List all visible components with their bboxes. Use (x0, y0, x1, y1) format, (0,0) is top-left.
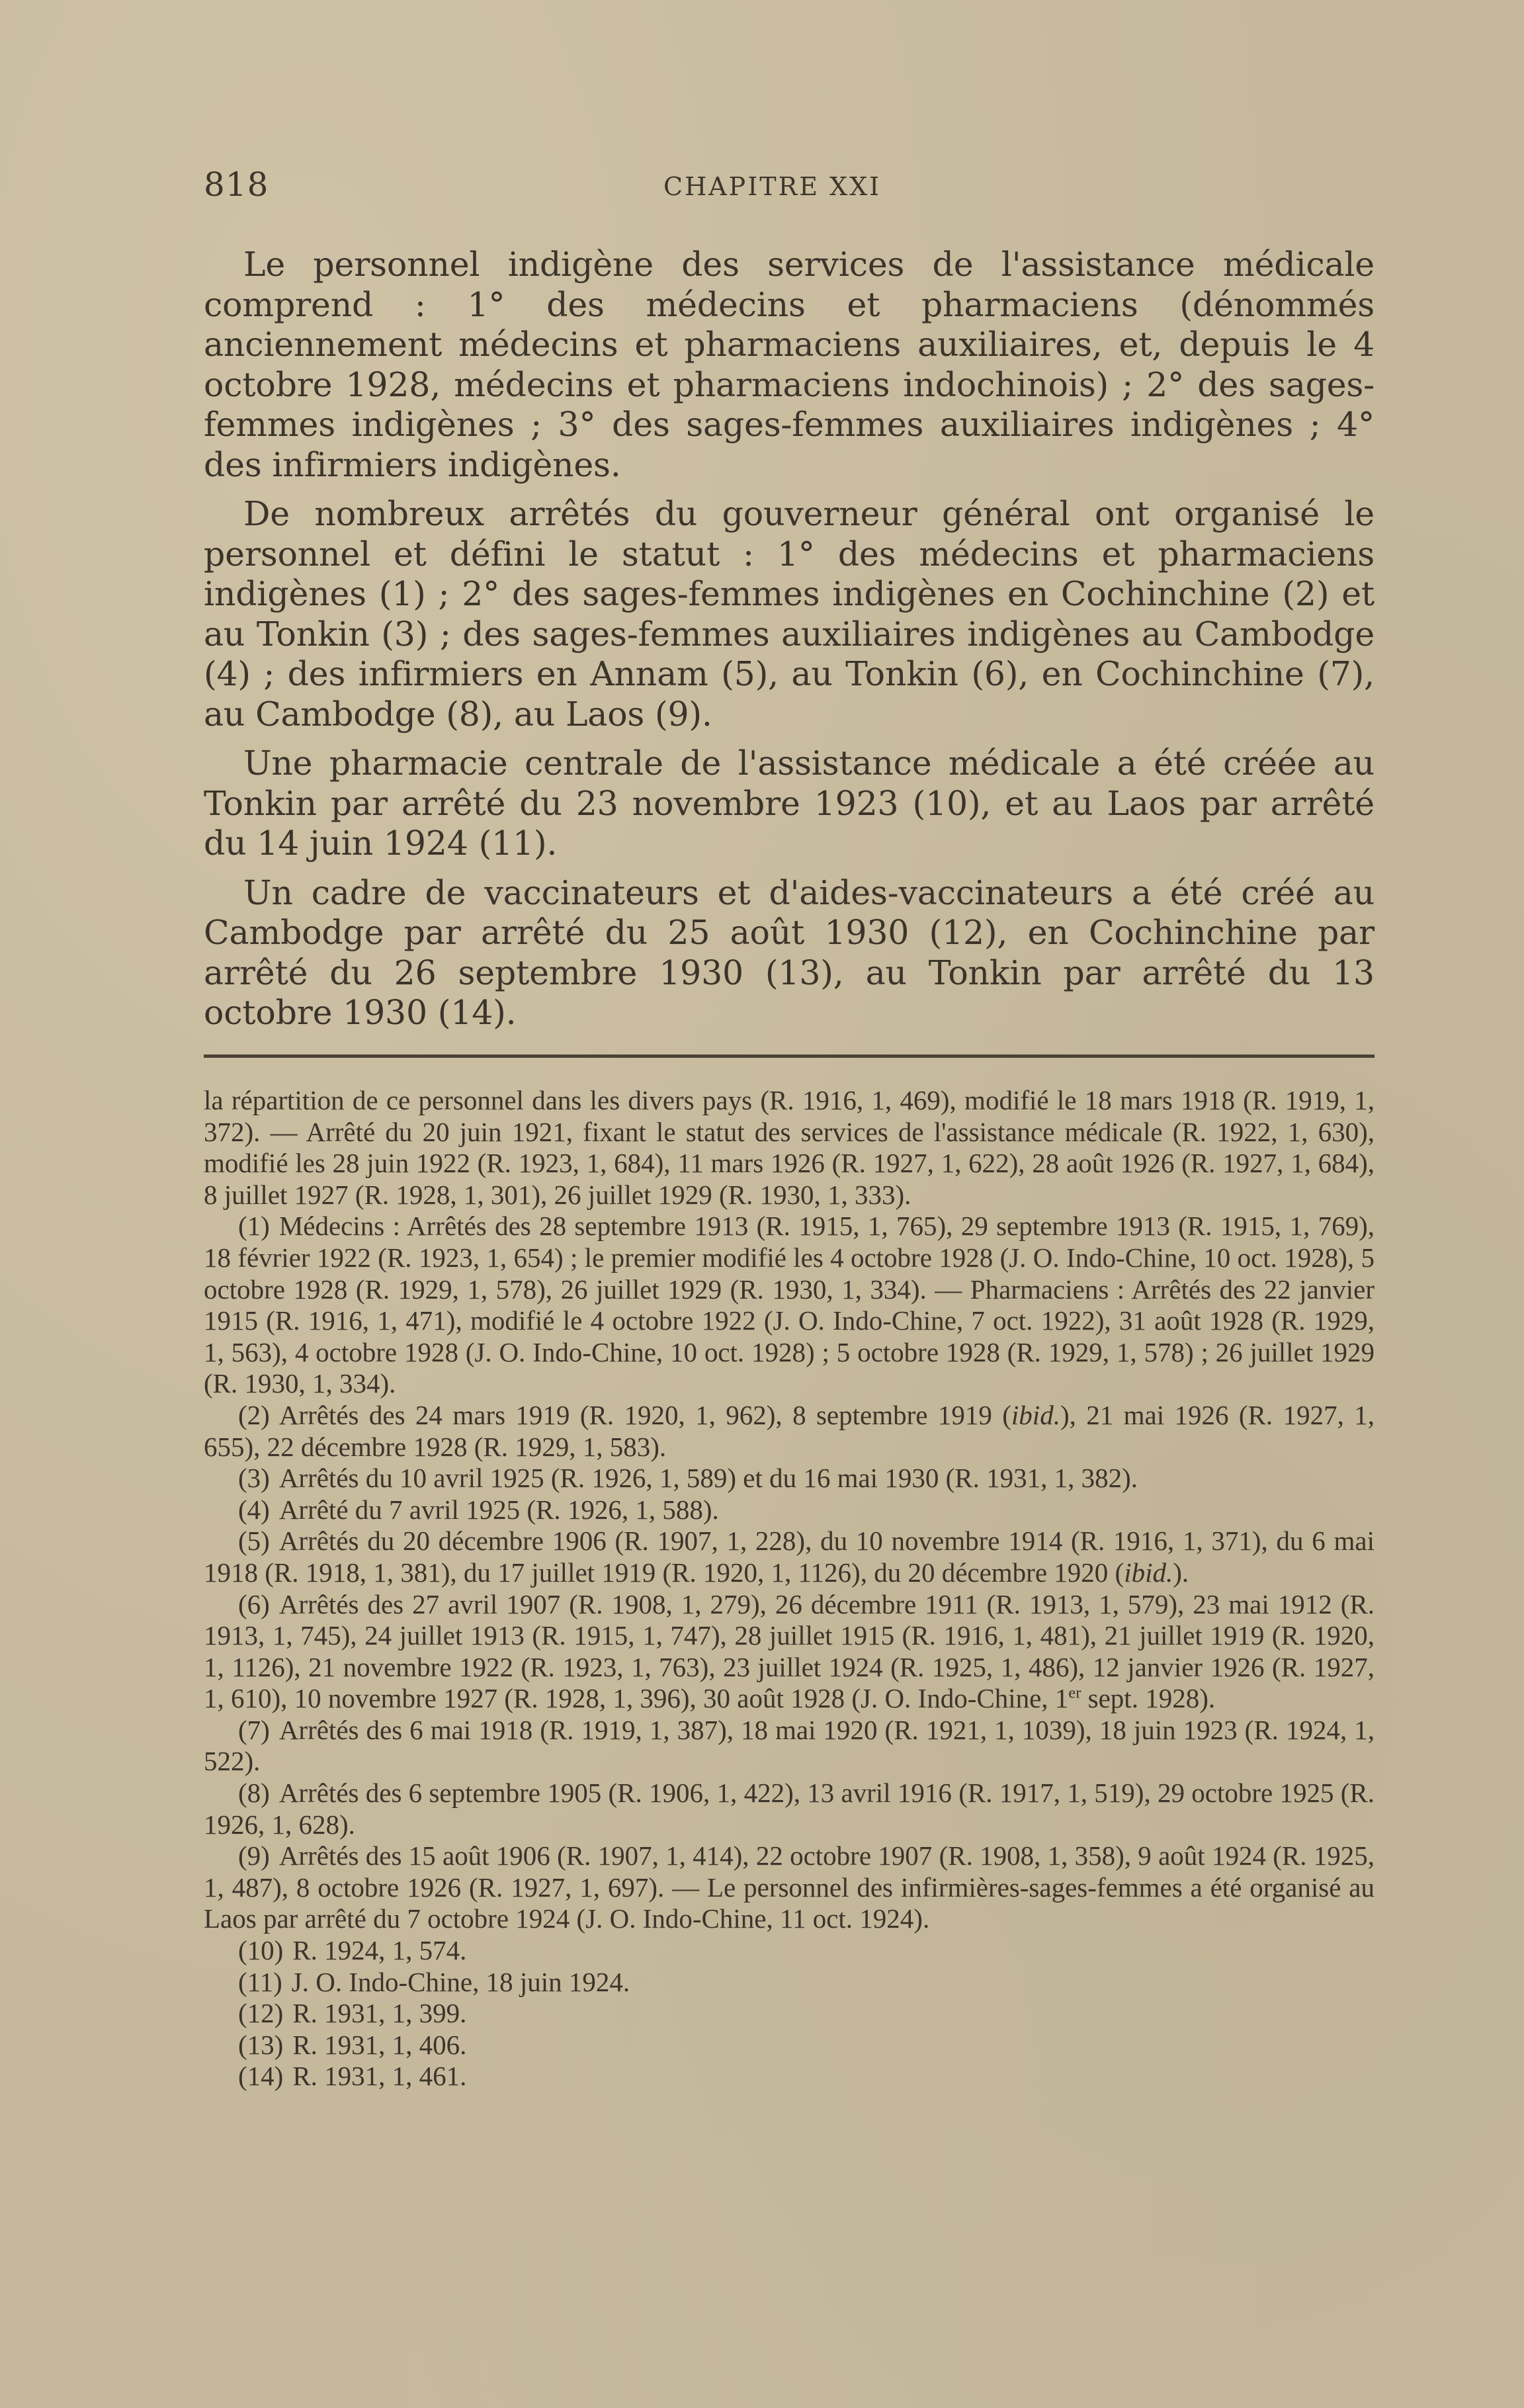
paragraph-personnel: Le personnel indigène des services de l'… (204, 245, 1375, 485)
superscript-er: er (1068, 1684, 1081, 1702)
ibid-italic: ibid. (1124, 1557, 1173, 1588)
footnote-number: (13) (238, 2030, 283, 2060)
paragraph-pharmacie: Une pharmacie centrale de l'assistance m… (204, 744, 1375, 864)
footnote-14: (14)R. 1931, 1, 461. (204, 2061, 1375, 2092)
footnote-number: (8) (238, 1778, 270, 1808)
footnote-number: (14) (238, 2061, 283, 2091)
paragraph-arretes: De nombreux arrêtés du gouverneur généra… (204, 494, 1375, 734)
footnote-text-end: ). (1173, 1557, 1189, 1588)
footnote-text: Arrêtés des 6 mai 1918 (R. 1919, 1, 387)… (204, 1715, 1375, 1777)
footnote-text: Arrêté du 7 avril 1925 (R. 1926, 1, 588)… (279, 1494, 719, 1525)
footnote-number: (1) (238, 1211, 270, 1241)
footnote-8: (8)Arrêtés des 6 septembre 1905 (R. 1906… (204, 1778, 1375, 1840)
footnote-6: (6)Arrêtés des 27 avril 1907 (R. 1908, 1… (204, 1589, 1375, 1715)
footnote-11: (11)J. O. Indo-Chine, 18 juin 1924. (204, 1967, 1375, 1999)
footnote-7: (7)Arrêtés des 6 mai 1918 (R. 1919, 1, 3… (204, 1715, 1375, 1778)
footnote-number: (7) (238, 1715, 270, 1745)
footnote-13: (13)R. 1931, 1, 406. (204, 2030, 1375, 2061)
footnote-text: Médecins : Arrêtés des 28 septembre 1913… (204, 1211, 1375, 1398)
footnote-5: (5)Arrêtés du 20 décembre 1906 (R. 1907,… (204, 1526, 1375, 1588)
footnotes: la répartition de ce personnel dans les … (204, 1085, 1375, 2092)
footnote-text: R. 1924, 1, 574. (292, 1935, 466, 1965)
paragraph-vaccinateurs: Un cadre de vaccinateurs et d'aides-vacc… (204, 873, 1375, 1033)
footnote-number: (4) (238, 1494, 270, 1525)
chapter-title: CHAPITRE XXI (663, 172, 881, 201)
footnote-2: (2)Arrêtés des 24 mars 1919 (R. 1920, 1,… (204, 1400, 1375, 1463)
footnote-text-end: sept. 1928). (1081, 1683, 1215, 1713)
footnote-text: Arrêtés des 24 mars 1919 (R. 1920, 1, 96… (279, 1400, 1011, 1430)
footnote-number: (5) (238, 1526, 270, 1556)
footnote-divider (204, 1054, 1375, 1058)
footnote-3: (3)Arrêtés du 10 avril 1925 (R. 1926, 1,… (204, 1463, 1375, 1494)
footnote-text: J. O. Indo-Chine, 18 juin 1924. (292, 1967, 630, 1997)
footnote-number: (10) (238, 1935, 283, 1965)
footnote-continuation: la répartition de ce personnel dans les … (204, 1085, 1375, 1211)
footnote-number: (3) (238, 1463, 270, 1493)
footnote-number: (11) (238, 1967, 282, 1997)
ibid-italic: ibid. (1011, 1400, 1060, 1430)
footnote-text: Arrêtés du 20 décembre 1906 (R. 1907, 1,… (204, 1526, 1375, 1588)
running-head: 818 CHAPITRE XXI (204, 165, 1375, 212)
footnote-text: R. 1931, 1, 399. (292, 1998, 466, 2028)
page-number: 818 (204, 165, 269, 204)
footnote-number: (2) (238, 1400, 270, 1430)
footnote-12: (12)R. 1931, 1, 399. (204, 1998, 1375, 2030)
footnote-1: (1)Médecins : Arrêtés des 28 septembre 1… (204, 1211, 1375, 1400)
footnote-number: (9) (238, 1840, 270, 1871)
main-text: Le personnel indigène des services de l'… (204, 245, 1375, 1043)
footnote-text: R. 1931, 1, 461. (292, 2061, 466, 2091)
footnote-text: Arrêtés des 6 septembre 1905 (R. 1906, 1… (204, 1778, 1375, 1840)
footnote-text: Arrêtés du 10 avril 1925 (R. 1926, 1, 58… (279, 1463, 1138, 1493)
footnote-10: (10)R. 1924, 1, 574. (204, 1935, 1375, 1967)
footnote-text: Arrêtés des 15 août 1906 (R. 1907, 1, 41… (204, 1840, 1375, 1934)
footnote-number: (12) (238, 1998, 283, 2028)
footnote-9: (9)Arrêtés des 15 août 1906 (R. 1907, 1,… (204, 1840, 1375, 1935)
footnote-text: R. 1931, 1, 406. (292, 2030, 466, 2060)
footnote-number: (6) (238, 1589, 270, 1619)
footnote-4: (4)Arrêté du 7 avril 1925 (R. 1926, 1, 5… (204, 1494, 1375, 1526)
